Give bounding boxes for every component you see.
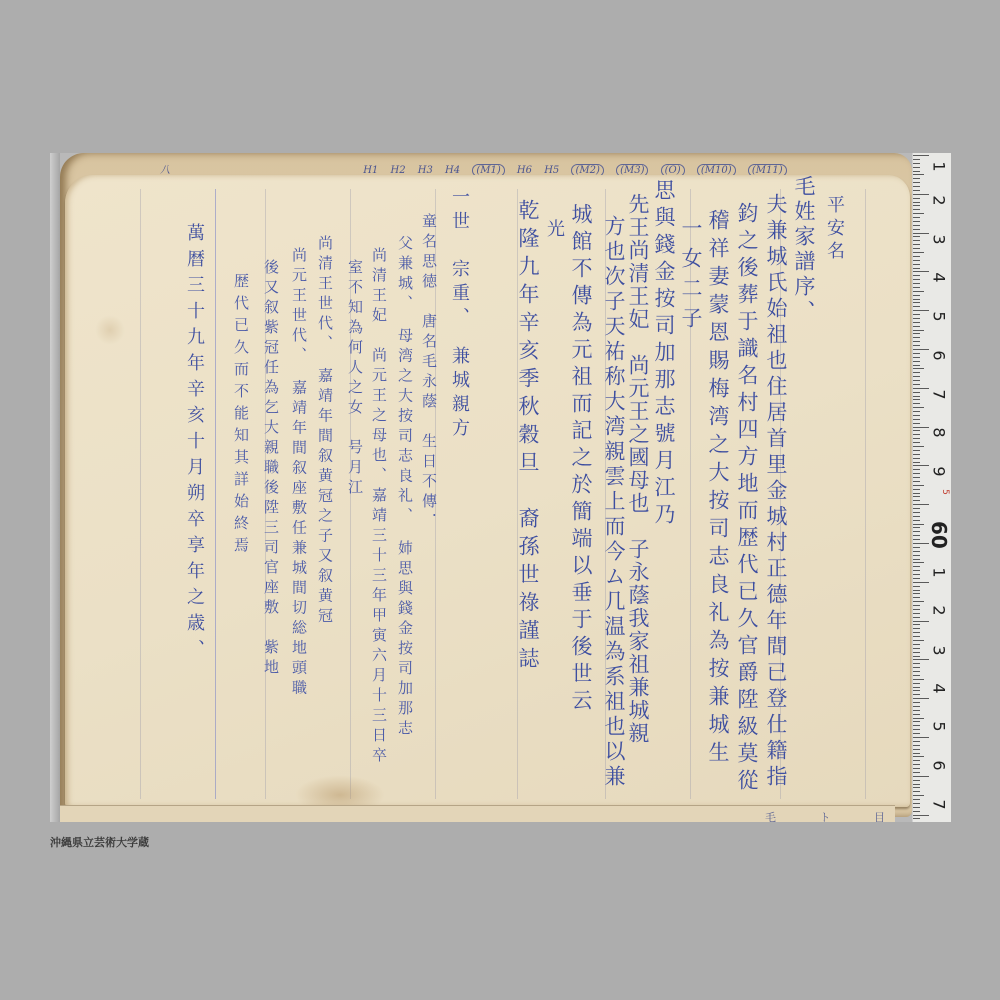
- ruler-tick: [913, 710, 920, 711]
- ruler-tick: [913, 256, 920, 257]
- ruler-tick: [913, 399, 920, 400]
- ruler-label: 3: [930, 641, 949, 661]
- ruler-tick: [913, 791, 920, 792]
- ruler-tick: [913, 768, 920, 769]
- ruler-tick: [913, 745, 920, 746]
- ruler-tick: [913, 706, 920, 707]
- ruler-tick: [913, 236, 920, 237]
- ruler-tick: [913, 205, 920, 206]
- ruler-tick: [913, 260, 920, 261]
- ruler-tick: [913, 524, 924, 525]
- ruler-label: 9: [930, 462, 949, 482]
- ruler-tick: [913, 419, 920, 420]
- ruler-tick: [913, 380, 920, 381]
- ruler-tick: [913, 733, 920, 734]
- text-column: 一世 宗重、 兼城親方: [450, 187, 468, 442]
- ruler-tick: [913, 306, 920, 307]
- ruler-tick: [913, 714, 920, 715]
- ruler-tick: [913, 314, 920, 315]
- text-column: 方也次子天祐称大湾親雲上而今ム几温為系祖也以兼: [603, 215, 624, 790]
- ruler-tick: [913, 663, 920, 664]
- ruler-label: 4: [930, 679, 949, 699]
- text-column: 父兼城、 母湾之大按司志良礼、 姉思與錢金按司加那志: [397, 235, 412, 740]
- ruler-tick: [913, 198, 920, 199]
- ruler-tick: [913, 291, 924, 292]
- ruler-tick: [913, 337, 920, 338]
- ruler-tick: [913, 741, 920, 742]
- ruler-tick: [913, 442, 920, 443]
- ruler-tick: [913, 268, 920, 269]
- ruler-tick: [913, 694, 920, 695]
- ruler-tick: [913, 264, 920, 265]
- ruler-tick: [913, 648, 920, 649]
- ruler-tick: [913, 450, 920, 451]
- ruler-tick: [913, 174, 924, 175]
- text-column: 歴代已久而不能知其詳始終焉: [233, 273, 248, 559]
- ruler-tick: [913, 698, 929, 699]
- ruler-tick: [913, 209, 920, 210]
- ruler-tick: [913, 392, 920, 393]
- ruler-tick: [913, 776, 929, 777]
- ruler-tick: [913, 547, 920, 548]
- ruler-tick: [913, 279, 920, 280]
- ruler-tick: [913, 473, 920, 474]
- ruler-tick: [913, 683, 920, 684]
- ruler-tick: [913, 516, 920, 517]
- ruler-tick: [913, 310, 929, 311]
- ruler-tick: [913, 167, 920, 168]
- ruler-tick: [913, 430, 920, 431]
- ruler-tick: [913, 462, 920, 463]
- text-column: 尚清王妃 尚元王之母也、嘉靖三十三年甲寅六月十三日卒: [371, 247, 386, 767]
- ruler-label: 1: [930, 563, 949, 583]
- background-strip: [50, 153, 60, 822]
- ruler-tick: [913, 202, 920, 203]
- ruled-line: [140, 189, 141, 799]
- ruler-label-red: 5: [940, 482, 950, 502]
- ruler-tick: [913, 570, 920, 571]
- ruler-tick: [913, 760, 920, 761]
- ruler-tick: [913, 772, 920, 773]
- ruler-tick: [913, 679, 924, 680]
- ruler-tick: [913, 605, 920, 606]
- ruled-line: [215, 189, 216, 799]
- ruler-tick: [913, 287, 920, 288]
- ruler-label: 5: [930, 307, 949, 327]
- ruler-tick: [913, 178, 920, 179]
- ruler-tick: [913, 341, 920, 342]
- ruler-tick: [913, 333, 920, 334]
- ruler-tick: [913, 667, 920, 668]
- ruler-tick: [913, 535, 920, 536]
- ruler-tick: [913, 283, 920, 284]
- text-column: 一女二子: [680, 217, 701, 337]
- ruler-tick: [913, 555, 920, 556]
- ruler-label: 6: [930, 346, 949, 366]
- ruler-tick: [913, 512, 920, 513]
- ruler-tick: [913, 493, 920, 494]
- ruler-tick: [913, 376, 920, 377]
- ruler-tick: [913, 182, 920, 183]
- ruler-tick: [913, 617, 920, 618]
- text-column: 稽祥妻蒙恩賜梅湾之大按司志良礼為按兼城生: [707, 209, 728, 769]
- ruler-tick: [913, 171, 920, 172]
- ruler-label: 5: [930, 717, 949, 737]
- ruler-tick: [913, 244, 920, 245]
- ruler-tick: [913, 295, 920, 296]
- ruler-tick: [913, 194, 929, 195]
- ruler-tick: [913, 749, 920, 750]
- ruler-tick: [913, 644, 920, 645]
- text-column: 平安名: [825, 195, 843, 264]
- text-column: 城館不傳為元祖而記之於簡端以垂于後世云: [570, 203, 591, 716]
- ruler-tick: [913, 815, 929, 816]
- ruler-tick: [913, 597, 920, 598]
- ruler-tick: [913, 675, 920, 676]
- ruler-tick: [913, 520, 920, 521]
- text-column: 鈞之後葬于識名村四方地而歴代已久官爵陞級莫從: [736, 202, 757, 796]
- ruler-tick: [913, 818, 920, 819]
- ruler-tick: [913, 753, 920, 754]
- ruler-tick: [913, 811, 920, 812]
- ruler-tick: [913, 671, 920, 672]
- ruler-tick: [913, 624, 920, 625]
- ruler-tick: [913, 330, 924, 331]
- ruler-tick: [913, 527, 920, 528]
- text-column: 萬暦三十九年辛亥十月朔卒享年之歳、: [185, 223, 203, 665]
- ruler-tick: [913, 481, 920, 482]
- ruler-tick: [913, 302, 920, 303]
- ruler-tick: [913, 411, 920, 412]
- ruler-tick: [913, 163, 920, 164]
- ruler-tick: [913, 275, 920, 276]
- ruler-tick: [913, 628, 920, 629]
- water-stain: [95, 315, 125, 345]
- ruler-label: 4: [930, 268, 949, 288]
- ruler-tick: [913, 477, 920, 478]
- ruler-tick: [913, 186, 920, 187]
- ruler-tick: [913, 621, 929, 622]
- ruler-tick: [913, 252, 924, 253]
- ruler-label: 8: [930, 423, 949, 443]
- ruler-label: 2: [930, 191, 949, 211]
- ruler-tick: [913, 469, 920, 470]
- ruler-label-major: 60: [927, 521, 951, 541]
- text-column: 童名思徳 唐名毛永蔭 生日不傳．: [421, 213, 436, 533]
- ruler-tick: [913, 485, 924, 486]
- ruler-tick: [913, 489, 920, 490]
- ruler-tick: [913, 438, 920, 439]
- ruler-tick: [913, 531, 920, 532]
- ruler-tick: [913, 423, 920, 424]
- ruler-label: 2: [930, 601, 949, 621]
- text-column: 乾隆九年辛亥季秋穀旦 裔孫世祿謹誌: [517, 199, 538, 675]
- ruler-tick: [913, 213, 924, 214]
- ruler-tick: [913, 784, 920, 785]
- ruler-tick: [913, 539, 920, 540]
- ruler-tick: [913, 318, 920, 319]
- ruler-tick: [913, 326, 920, 327]
- next-page-text: 毛 ト 目: [765, 809, 905, 822]
- ruler-tick: [913, 504, 929, 505]
- ruler-tick: [913, 155, 929, 156]
- ruler-tick: [913, 593, 920, 594]
- ruler-tick: [913, 613, 920, 614]
- ruler-tick: [913, 221, 920, 222]
- ruler-tick: [913, 656, 920, 657]
- text-column: 尚清王世代、 嘉靖年間叙黄冠之子又叙黄冠: [317, 235, 332, 628]
- ruler-tick: [913, 729, 920, 730]
- manuscript-page: 平安名 毛姓家譜序、 夫兼城氏始祖也住居首里金城村正德年間已登仕籍指 鈞之後葬于…: [65, 175, 910, 807]
- ruler-tick: [913, 725, 920, 726]
- ruler-tick: [913, 687, 920, 688]
- ruler-tick: [913, 566, 920, 567]
- ruler-tick: [913, 454, 920, 455]
- text-column: 毛姓家譜序、: [793, 175, 814, 325]
- ruler-tick: [913, 384, 920, 385]
- ruler-tick: [913, 737, 929, 738]
- ruler-tick: [913, 357, 920, 358]
- ruler-tick: [913, 396, 920, 397]
- collection-credit: 沖縄県立芸術大学蔵: [50, 834, 149, 850]
- ruler-tick: [913, 299, 920, 300]
- ruler-label: 3: [930, 230, 949, 250]
- ruler-tick: [913, 559, 920, 560]
- text-column: 夫兼城氏始祖也住居首里金城村正德年間已登仕籍指: [765, 193, 786, 791]
- text-column: 後又叙紫冠任為乞大親職後陞三司官座敷 紫地: [263, 259, 278, 679]
- ruler-tick: [913, 248, 920, 249]
- ruler-tick: [913, 368, 924, 369]
- ruler-tick: [913, 586, 920, 587]
- ruler-tick: [913, 217, 920, 218]
- ruler-tick: [913, 427, 929, 428]
- ruler-tick: [913, 403, 920, 404]
- ruler-tick: [913, 225, 920, 226]
- ruler-tick: [913, 361, 920, 362]
- ruler-tick: [913, 721, 920, 722]
- ruler-tick: [913, 807, 920, 808]
- ruler-tick: [913, 636, 920, 637]
- ruler-tick: [913, 271, 929, 272]
- ruler-tick: [913, 322, 920, 323]
- ruler-tick: [913, 345, 920, 346]
- ruler-tick: [913, 465, 929, 466]
- ruler-tick: [913, 601, 924, 602]
- measurement-ruler: 1 2 3 4 5 6 7 8 9 5 60 1 2 3 4 5 6 7: [912, 153, 951, 822]
- ruler-label: 7: [930, 795, 949, 815]
- ruler-tick: [913, 365, 920, 366]
- ruler-tick: [913, 702, 920, 703]
- ruler-tick: [913, 574, 920, 575]
- ruled-line: [865, 189, 866, 799]
- ruler-tick: [913, 659, 929, 660]
- ruler-label: 7: [930, 385, 949, 405]
- ruler-tick: [913, 372, 920, 373]
- ruler-tick: [913, 496, 920, 497]
- text-column: 思與錢金按司加那志號月江乃: [653, 179, 674, 530]
- text-column: 室不知為何人之女 号月江: [347, 259, 362, 499]
- ruler-tick: [913, 500, 920, 501]
- ruler-tick: [913, 803, 920, 804]
- ruler-tick: [913, 799, 920, 800]
- ruler-tick: [913, 690, 920, 691]
- ruler-tick: [913, 434, 920, 435]
- text-column: 先王尚清王妃 尚元王之國母也 子永蔭我家祖兼城親: [627, 193, 648, 745]
- ruler-tick: [913, 446, 924, 447]
- ruler-tick: [913, 609, 920, 610]
- ruler-tick: [913, 353, 920, 354]
- ruler-label: 1: [930, 157, 949, 177]
- ruler-tick: [913, 415, 920, 416]
- ruler-tick: [913, 229, 920, 230]
- ruler-tick: [913, 578, 920, 579]
- ruler-tick: [913, 407, 924, 408]
- ruler-tick: [913, 240, 920, 241]
- ruler-tick: [913, 787, 920, 788]
- ruler-tick: [913, 582, 929, 583]
- ruler-tick: [913, 508, 920, 509]
- text-column: 光: [545, 219, 563, 242]
- ruler-tick: [913, 590, 920, 591]
- ruler-tick: [913, 233, 929, 234]
- ruler-tick: [913, 795, 924, 796]
- ruler-tick: [913, 159, 920, 160]
- text-column: 尚元王世代、 嘉靖年間叙座敷任兼城間切総地頭職: [291, 247, 306, 700]
- ruler-tick: [913, 756, 924, 757]
- ruler-label: 6: [930, 756, 949, 776]
- ruler-tick: [913, 551, 920, 552]
- ruler-tick: [913, 458, 920, 459]
- ruler-tick: [913, 190, 920, 191]
- ruler-tick: [913, 562, 924, 563]
- ruler-tick: [913, 718, 924, 719]
- ruler-tick: [913, 652, 920, 653]
- ruler-tick: [913, 640, 924, 641]
- ruler-tick: [913, 632, 920, 633]
- manuscript-photo: 八 H1 H2 H3 H4 (M1) H6 H5 (M2) (M3) (O) (…: [50, 153, 950, 822]
- ruler-tick: [913, 388, 929, 389]
- ruler-tick: [913, 349, 929, 350]
- ruler-tick: [913, 780, 920, 781]
- ruler-tick: [913, 764, 920, 765]
